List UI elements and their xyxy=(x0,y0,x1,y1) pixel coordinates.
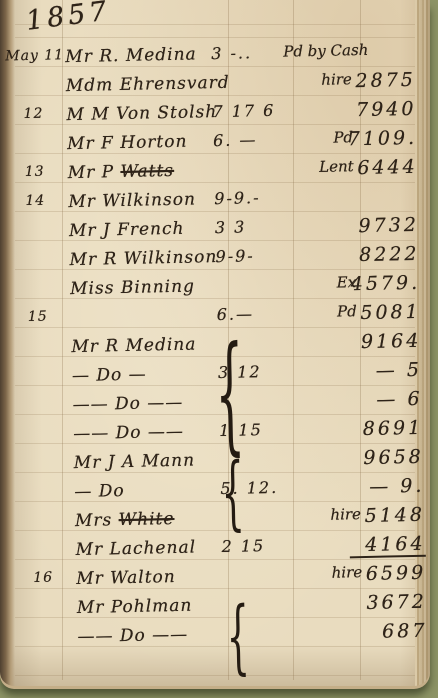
brace-mark: { xyxy=(226,595,251,676)
entry-folio-number: 6599 xyxy=(350,562,426,586)
entry-date xyxy=(12,366,66,367)
entry-amount: 7 17 6 xyxy=(212,101,275,121)
entry-amount: 9-9.- xyxy=(214,188,261,208)
entry-name-text: Mr Wilkinson xyxy=(68,189,196,212)
entry-name: — Do xyxy=(74,481,125,502)
entry-name: Mr R Medina xyxy=(71,334,196,357)
brace-mark: { xyxy=(221,452,246,533)
entry-date xyxy=(9,250,63,251)
brace-mark: { xyxy=(214,330,245,459)
year-heading: 1857 xyxy=(24,0,112,37)
entry-name-text: Mr R Wilkinson xyxy=(69,247,217,270)
entry-folio-number: 6444 xyxy=(341,156,417,180)
entry-name: Mr Pohlman xyxy=(77,596,193,618)
entry-folio-number: — 5 xyxy=(346,359,422,383)
entry-name: Miss Binning xyxy=(70,277,195,300)
entry-name: —— Do —— xyxy=(73,422,184,444)
entry-date xyxy=(6,76,60,77)
entry-name-text: Mr P xyxy=(68,162,121,183)
handwritten-entries: 1857 May 11 Mr R. Medina 3 -.. Pd by Cas… xyxy=(0,0,430,686)
entry-date xyxy=(15,511,69,512)
entry-name: Mr J French xyxy=(69,219,185,241)
entry-folio-number: 5081 xyxy=(345,301,421,325)
entry-name-text: Mdm Ehrensvard xyxy=(66,73,230,96)
entry-folio-number: 9658 xyxy=(348,446,424,470)
entry-name-text: Mr Walton xyxy=(76,567,176,589)
entry-name: Mr F Horton xyxy=(67,132,188,155)
entry-date xyxy=(10,279,64,280)
entry-folio-number: — 6 xyxy=(346,388,422,412)
entry-name: M M Von Stolsh xyxy=(66,102,217,125)
entry-name: Mr P Watts xyxy=(68,161,175,183)
entry-name-text: Mr R. Medina xyxy=(65,44,197,67)
entry-folio-number: 8691 xyxy=(347,417,423,441)
entry-name-text: Miss Binning xyxy=(70,277,195,300)
entry-name-text: Mr Pohlman xyxy=(77,596,193,618)
entry-folio-number: 4579. xyxy=(344,272,420,296)
entry-date xyxy=(14,482,68,483)
entry-date xyxy=(17,598,71,599)
entry-name: —— Do —— xyxy=(77,625,188,647)
entry-date xyxy=(9,221,63,222)
entry-name-text: Mr J French xyxy=(69,219,185,241)
entry-amount: 9-9- xyxy=(215,246,255,266)
entry-amount: 6. — xyxy=(213,130,258,150)
entry-name-text: —— Do —— xyxy=(72,393,183,415)
entry-date xyxy=(17,627,71,628)
entry-date xyxy=(13,424,67,425)
entry-folio-number: 8222 xyxy=(343,243,419,267)
entry-name: Mdm Ehrensvard xyxy=(66,73,230,96)
entry-date: 13 xyxy=(8,163,62,180)
entry-name-text: Mrs xyxy=(75,510,119,531)
entry-folio-number: 7109. xyxy=(341,127,417,151)
entry-name: Mr J A Mann xyxy=(74,451,196,474)
entry-date xyxy=(15,540,69,541)
entry-folio-number: — 9. xyxy=(348,475,424,499)
entry-date xyxy=(14,453,68,454)
entry-date xyxy=(11,337,65,338)
entry-name: — Do — xyxy=(72,365,147,387)
entry-date: 14 xyxy=(8,192,62,209)
entry-note: Pd by Cash xyxy=(283,41,351,60)
entry-name: Mr Lachenal xyxy=(75,538,196,561)
entry-date xyxy=(12,395,66,396)
entry-name-text: — Do — xyxy=(72,365,147,387)
entry-amount: 3 3 xyxy=(215,217,247,237)
entry-name-struck-text: Watts xyxy=(120,161,174,182)
entry-date: 12 xyxy=(6,105,60,122)
entry-folio-number: 2875 xyxy=(340,69,416,93)
entry-name: Mr R Wilkinson xyxy=(69,247,217,270)
entry-date: 16 xyxy=(16,569,70,586)
entry-folio-number: 9164 xyxy=(345,330,421,354)
entry-folio-number: 9732 xyxy=(343,214,419,238)
entry-name-struck-text: White xyxy=(118,509,174,530)
entry-folio-number: 3672 xyxy=(351,591,427,615)
entry-date: 15 xyxy=(11,308,65,325)
entry-name: Mr Wilkinson xyxy=(68,189,196,212)
entry-name: Mrs White xyxy=(75,509,175,531)
entry-name-text: Mr R Medina xyxy=(71,334,196,357)
entry-folio-number: 7940 xyxy=(340,98,416,122)
entry-name-text: — Do xyxy=(74,481,125,502)
scanned-ledger-page: 1857 May 11 Mr R. Medina 3 -.. Pd by Cas… xyxy=(0,0,438,698)
entry-name: —— Do —— xyxy=(72,393,183,415)
entry-name-text: —— Do —— xyxy=(73,422,184,444)
entry-folio-number: 4164 xyxy=(349,533,425,559)
entry-amount: 3 -.. xyxy=(211,43,252,63)
entry-name-text: —— Do —— xyxy=(77,625,188,647)
entry-name-text: Mr Lachenal xyxy=(75,538,196,561)
entry-name: Mr Walton xyxy=(76,567,176,589)
entry-note xyxy=(286,186,354,187)
entry-name: Mr R. Medina xyxy=(65,44,197,67)
ledger-book-page: 1857 May 11 Mr R. Medina 3 -.. Pd by Cas… xyxy=(0,0,430,686)
entry-name-text: Mr F Horton xyxy=(67,132,188,155)
entry-folio-number: 687 xyxy=(351,620,427,644)
entry-name-text: Mr J A Mann xyxy=(74,451,196,474)
entry-date: May 11 xyxy=(5,47,59,64)
entry-date xyxy=(7,134,61,135)
entry-folio-number: 5148 xyxy=(349,504,425,528)
entry-name-text: M M Von Stolsh xyxy=(66,102,217,125)
